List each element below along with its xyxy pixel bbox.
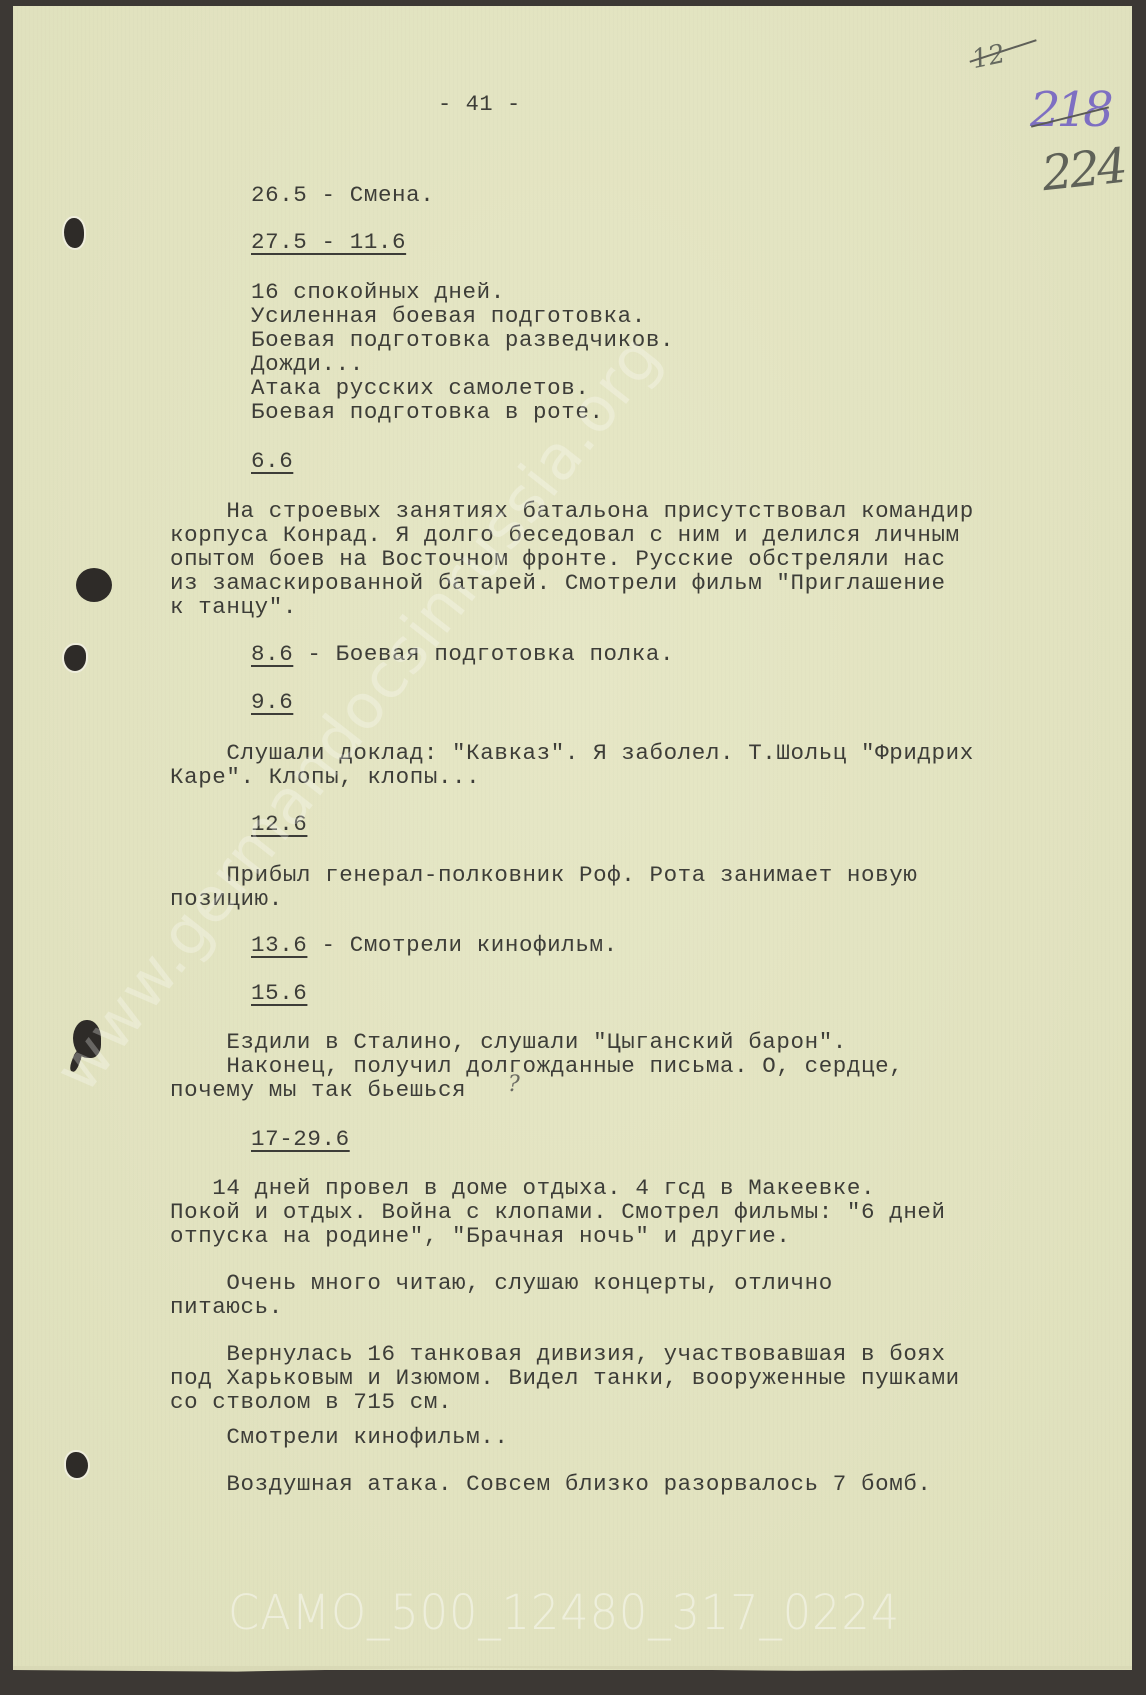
entry-8-6: 8.6 - Боевая подготовка полка. <box>251 643 674 667</box>
entry-date: 8.6 <box>251 641 293 667</box>
entry-26-5: 26.5 - Смена. <box>251 184 434 208</box>
entry-line: к танцу". <box>170 596 297 620</box>
entry-line: Покой и отдых. Война с клопами. Смотрел … <box>170 1201 946 1225</box>
paragraph-line: питаюсь. <box>170 1296 283 1320</box>
punch-hole-icon <box>64 218 84 248</box>
entry-line: 14 дней провел в доме отдыха. 4 гсд в Ма… <box>170 1177 875 1201</box>
paragraph-line: Воздушная атака. Совсем близко разорвало… <box>170 1473 932 1497</box>
entry-line: корпуса Конрад. Я долго беседовал с ним … <box>170 524 960 548</box>
paragraph-line: под Харьковым и Изюмом. Видел танки, воо… <box>170 1367 960 1391</box>
punch-hole-icon <box>76 568 112 602</box>
entry-line: опытом боев на Восточном фронте. Русские… <box>170 548 946 572</box>
paragraph-line: со стволом в 715 см. <box>170 1391 452 1415</box>
entry-line: Наконец, получил долгожданные письма. О,… <box>170 1055 903 1079</box>
entry-date: 26.5 <box>251 182 307 208</box>
handwritten-insert-mark: ? <box>508 1072 520 1097</box>
entry-line: 16 спокойных дней. <box>251 281 505 305</box>
paper-edge <box>13 1666 1132 1674</box>
entry-date: 13.6 <box>251 932 307 958</box>
entry-text: - Смотрели кинофильм. <box>307 932 617 958</box>
entry-13-6: 13.6 - Смотрели кинофильм. <box>251 934 618 958</box>
paragraph-line: Вернулась 16 танковая дивизия, участвова… <box>170 1343 946 1367</box>
entry-line: почему мы так бьешься <box>170 1079 466 1103</box>
entry-line: из замаскированной батарей. Смотрели фил… <box>170 572 946 596</box>
punch-hole-icon <box>64 645 86 671</box>
entry-line: отпуска на родине", "Брачная ночь" и дру… <box>170 1225 791 1249</box>
entry-text: - Смена. <box>322 182 435 208</box>
entry-line: На строевых занятиях батальона присутств… <box>170 500 974 524</box>
entry-line: Ездили в Сталино, слушали "Цыганский бар… <box>170 1031 847 1055</box>
page-number: - 41 - <box>438 93 521 117</box>
watermark-archive-id: CAMO_500_12480_317_0224 <box>228 1585 900 1641</box>
entry-line: Усиленная боевая подготовка. <box>251 305 646 329</box>
entry-line: Атака русских самолетов. <box>251 377 589 401</box>
entry-date-17-29-6: 17-29.6 <box>251 1128 350 1152</box>
paragraph-line: Смотрели кинофильм.. <box>170 1426 508 1450</box>
entry-date-9-6: 9.6 <box>251 691 293 715</box>
punch-hole-icon <box>66 1452 88 1478</box>
entry-line: Дожди... <box>251 353 364 377</box>
entry-date-6-6: 6.6 <box>251 450 293 474</box>
folio-mark-current: 224 <box>1039 138 1127 202</box>
entry-date-15-6: 15.6 <box>251 982 307 1006</box>
document-page <box>13 6 1132 1670</box>
entry-date-27-5: 27.5 - 11.6 <box>251 231 406 255</box>
paragraph-line: Очень много читаю, слушаю концерты, отли… <box>170 1272 833 1296</box>
